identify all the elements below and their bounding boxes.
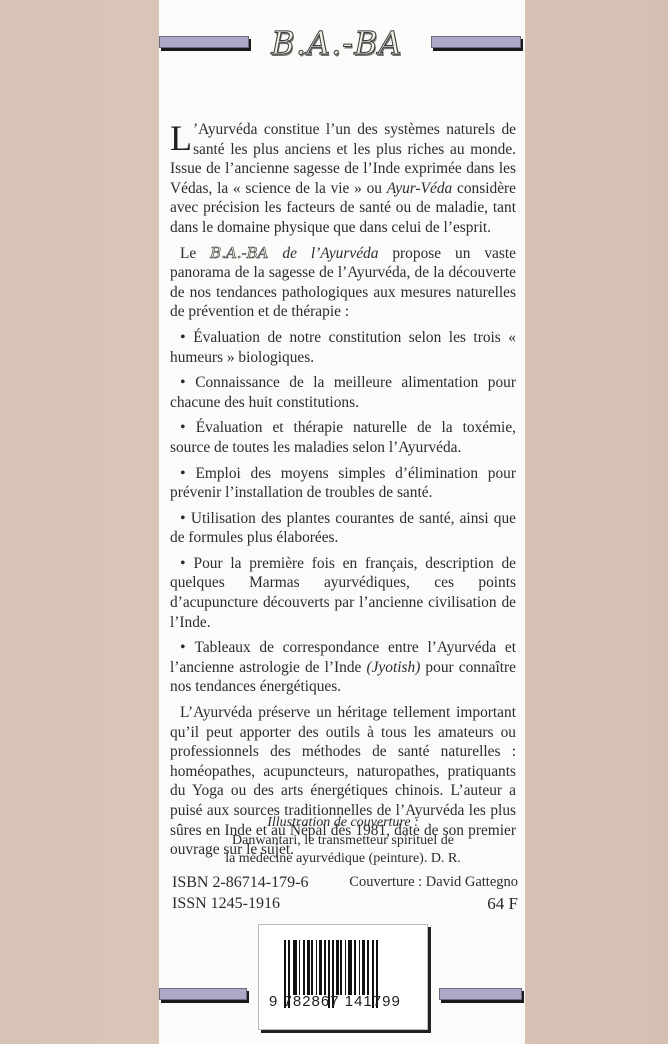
panorama-paragraph: Le B.A.-BA de l’Ayurvéda propose un vast…: [170, 244, 516, 322]
bullet-item: Évaluation et thérapie naturelle de la t…: [170, 418, 516, 457]
intro-paragraph: L’Ayurvéda constitue l’un des systèmes n…: [170, 120, 516, 238]
bullet-item: Utilisation des plantes courantes de san…: [170, 509, 516, 548]
caption-line-2: la médecine ayurvédique (peinture). D. R…: [170, 850, 516, 868]
bottom-rule-left: [159, 988, 247, 1000]
caption-line-1: Danwantari, le transmetteur spirituel de: [170, 832, 516, 850]
cover-illustration-caption: Illustration de couverture : Danwantari,…: [170, 814, 516, 868]
barcode-digits: 9 782867 141799: [269, 993, 419, 1010]
blurb: L’Ayurvéda constitue l’un des systèmes n…: [170, 120, 516, 866]
bottom-rule-right: [439, 988, 522, 1000]
barcode: 9 782867 141799: [258, 924, 428, 1030]
issn: ISSN 1245-1916: [172, 893, 308, 914]
cover-credit: Couverture : David Gattegno: [349, 872, 518, 893]
bullet-item: Connaissance de la meilleure alimentatio…: [170, 373, 516, 412]
identifiers: ISBN 2-86714-179-6 ISSN 1245-1916: [172, 872, 308, 914]
top-rule-left: [159, 36, 249, 48]
caption-title: Illustration de couverture :: [170, 814, 516, 832]
bullet-item: Emploi des moyens simples d’élimination …: [170, 464, 516, 503]
isbn: ISBN 2-86714-179-6: [172, 872, 308, 893]
bullet-item: Évaluation de notre constitution selon l…: [170, 328, 516, 367]
bullet-item-jyotish: Tableaux de correspondance entre l’Ayurv…: [170, 638, 516, 697]
bullet-item: Pour la première fois en français, descr…: [170, 554, 516, 632]
inline-series-logo: B.A.-BA: [210, 244, 268, 262]
price: 64 F: [349, 893, 518, 914]
series-logo: B.A.-BA: [252, 24, 422, 64]
credits: Couverture : David Gattegno 64 F: [349, 872, 518, 914]
top-rule-right: [431, 36, 521, 48]
dropcap: L: [170, 124, 192, 152]
